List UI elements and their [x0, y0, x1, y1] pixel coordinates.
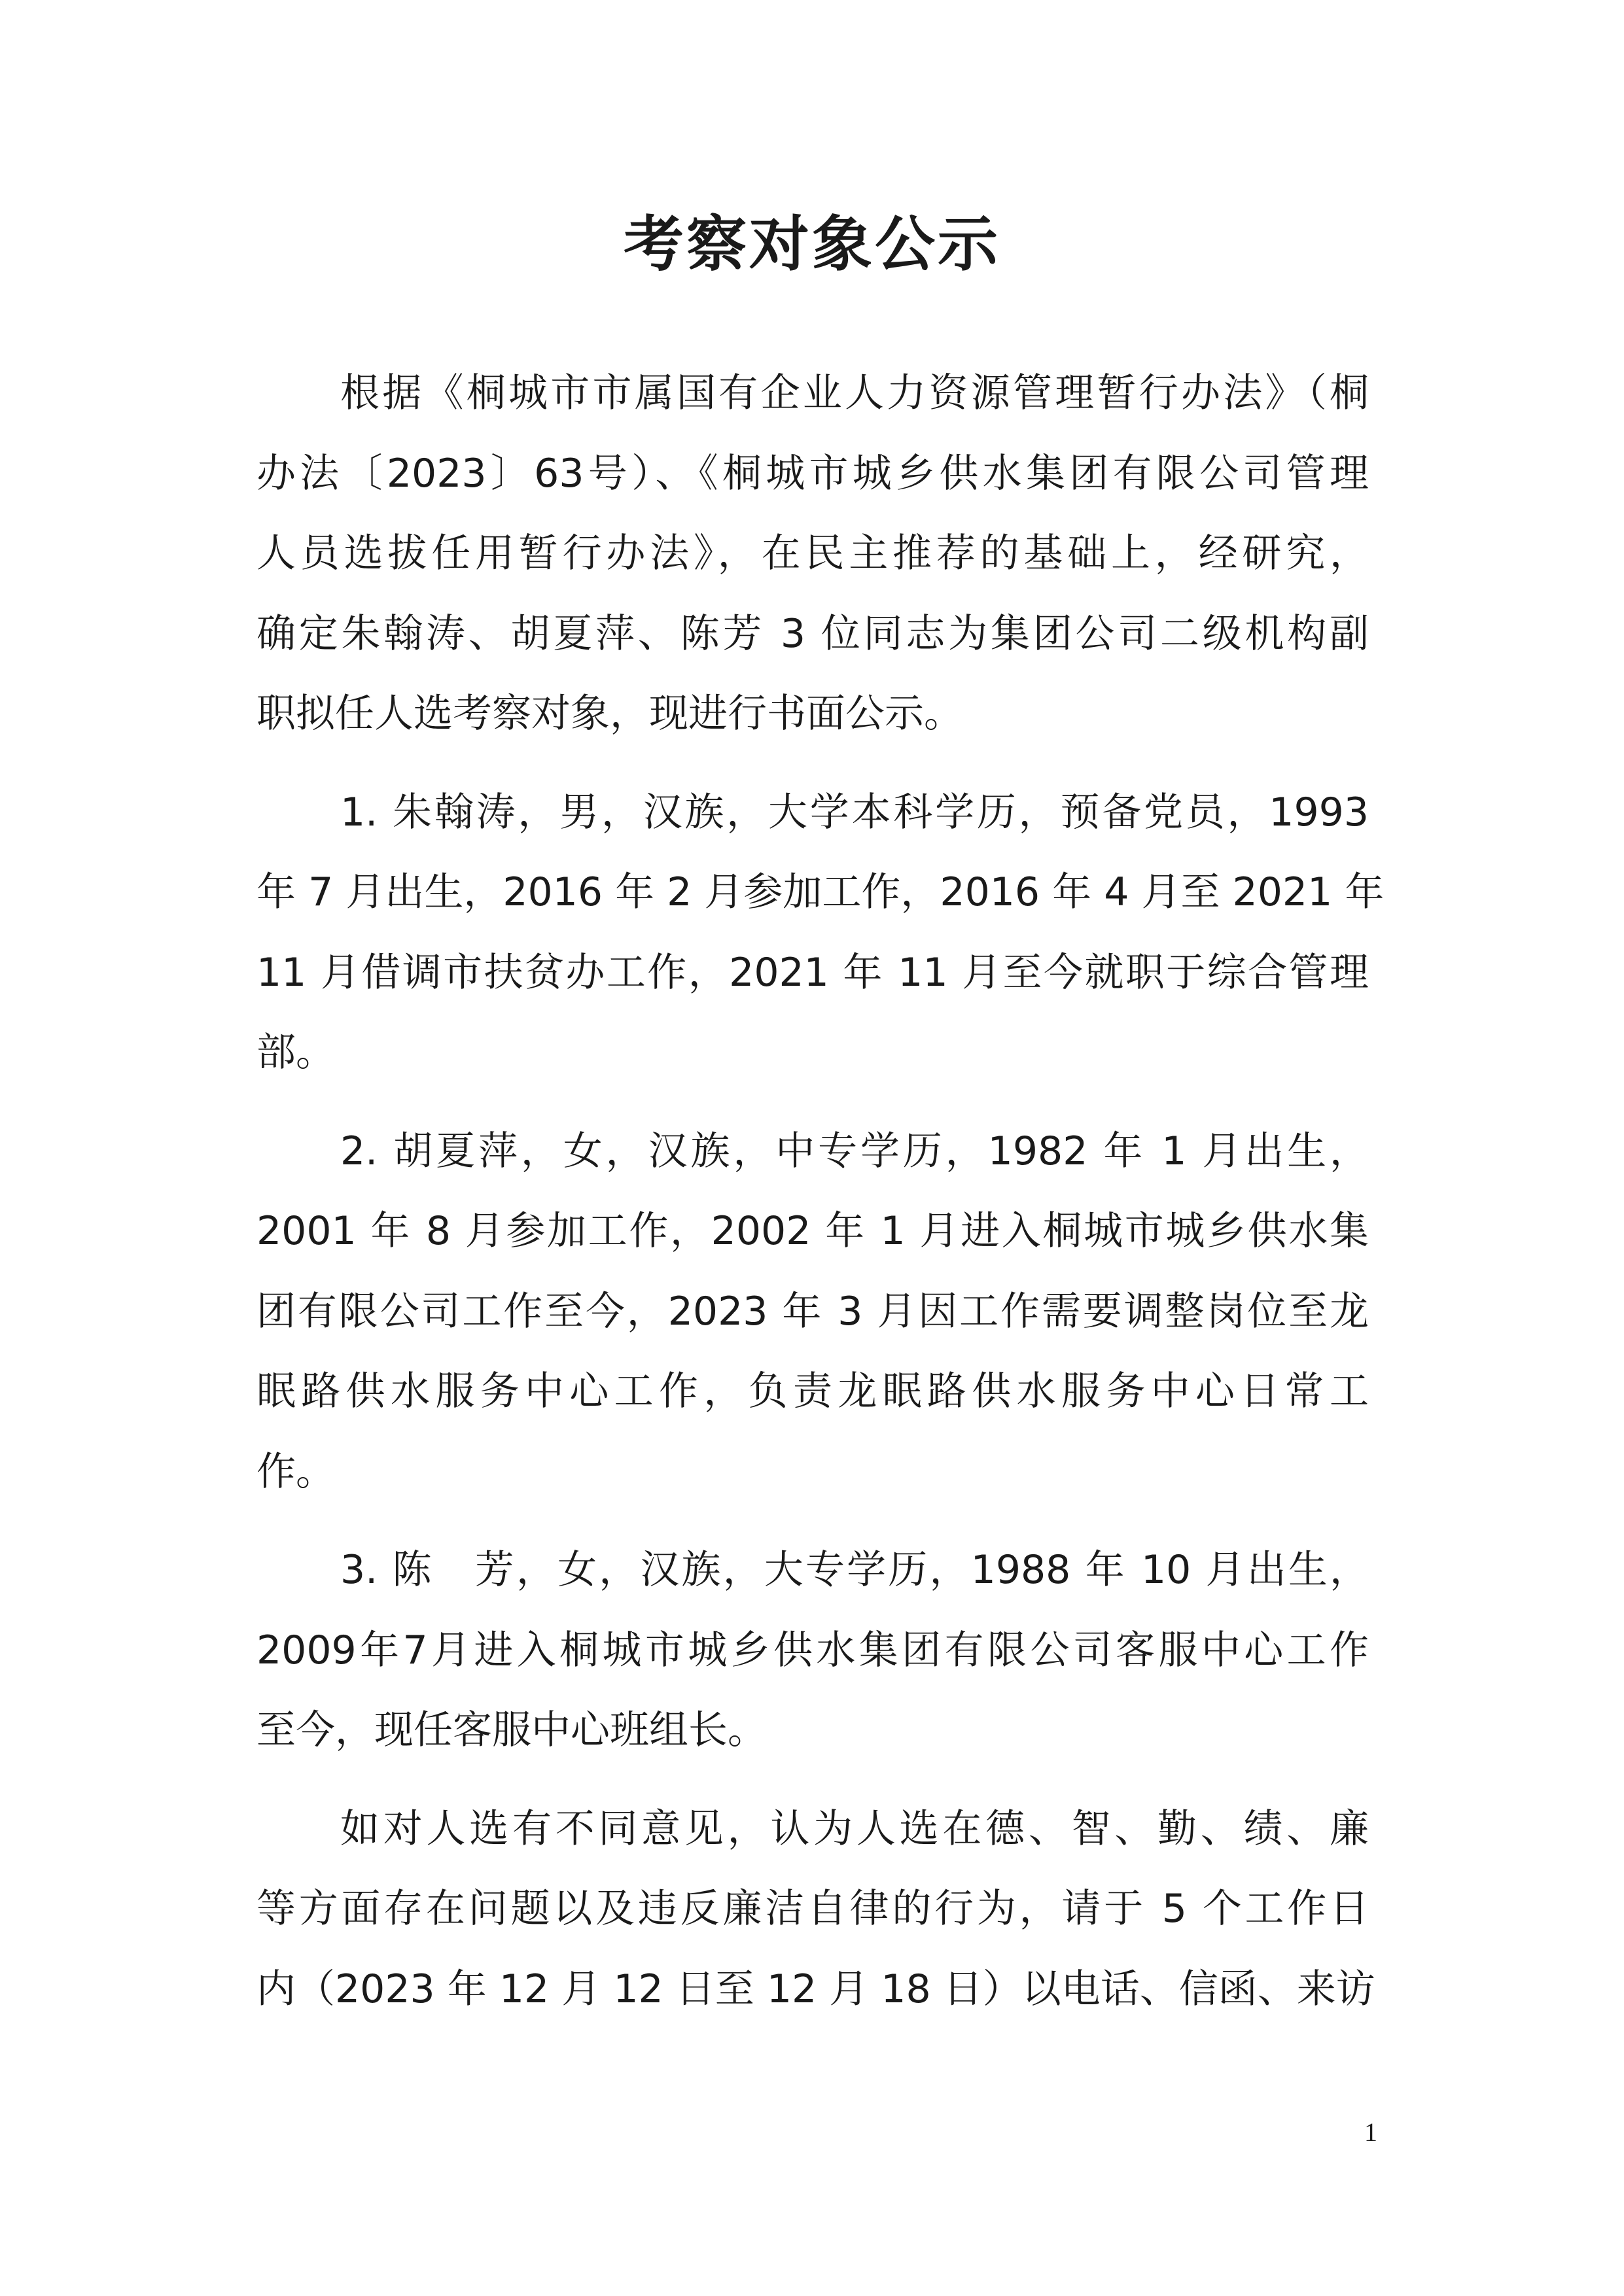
closing-paragraph: 如对人选有不同意见，认为人选在德、智、勤、绩、廉 等方面存在问题以及违反廉洁自律…	[256, 1789, 1369, 2030]
candidate-item-2: 2. 胡夏萍，女，汉族，中专学历，1982 年 1 月出生， 2001 年 8 …	[256, 1111, 1369, 1512]
text-line: 眠路供水服务中心工作，负责龙眠路供水服务中心日常工	[173, 1351, 1369, 1432]
candidate-item-3: 3. 陈 芳，女，汉族，大专学历，1988 年 10 月出生， 2009年7月进…	[256, 1530, 1369, 1771]
text-line: 部。	[173, 1013, 1369, 1093]
document-body: 根据《桐城市市属国有企业人力资源管理暂行办法》（桐 办法〔2023〕63号）、《…	[256, 353, 1369, 2029]
text-line: 办法〔2023〕63号）、《桐城市城乡供水集团有限公司管理	[173, 434, 1369, 514]
text-line: 2009年7月进入桐城市城乡供水集团有限公司客服中心工作	[173, 1610, 1369, 1691]
candidate-item-1: 1. 朱翰涛，男，汉族，大学本科学历，预备党员，1993 年 7 月出生，201…	[256, 773, 1369, 1093]
text-line: 2. 胡夏萍，女，汉族，中专学历，1982 年 1 月出生，	[256, 1111, 1369, 1192]
text-line: 职拟任人选考察对象，现进行书面公示。	[173, 674, 1369, 754]
text-line: 作。	[173, 1432, 1369, 1512]
text-line: 内（2023 年 12 月 12 日至 12 月 18 日）以电话、信函、来访	[173, 1949, 1369, 2030]
page-title: 考察对象公示	[0, 208, 1624, 280]
text-line: 2001 年 8 月参加工作，2002 年 1 月进入桐城市城乡供水集	[173, 1191, 1369, 1272]
text-line: 团有限公司工作至今，2023 年 3 月因工作需要调整岗位至龙	[173, 1272, 1369, 1352]
page-number: 1	[1364, 2116, 1377, 2149]
text-line: 根据《桐城市市属国有企业人力资源管理暂行办法》（桐	[256, 353, 1369, 434]
text-line: 如对人选有不同意见，认为人选在德、智、勤、绩、廉	[256, 1789, 1369, 1870]
text-line: 3. 陈 芳，女，汉族，大专学历，1988 年 10 月出生，	[256, 1530, 1369, 1610]
text-line: 等方面存在问题以及违反廉洁自律的行为，请于 5 个工作日	[173, 1869, 1369, 1949]
text-line: 确定朱翰涛、胡夏萍、陈芳 3 位同志为集团公司二级机构副	[173, 594, 1369, 674]
text-line: 11 月借调市扶贫办工作，2021 年 11 月至今就职于综合管理	[173, 933, 1369, 1013]
intro-paragraph: 根据《桐城市市属国有企业人力资源管理暂行办法》（桐 办法〔2023〕63号）、《…	[256, 353, 1369, 754]
text-line: 1. 朱翰涛，男，汉族，大学本科学历，预备党员，1993	[256, 773, 1369, 853]
text-line: 年 7 月出生，2016 年 2 月参加工作，2016 年 4 月至 2021 …	[173, 852, 1369, 933]
text-line: 人员选拔任用暂行办法》，在民主推荐的基础上，经研究，	[173, 513, 1369, 594]
text-line: 至今，现任客服中心班组长。	[173, 1690, 1369, 1771]
